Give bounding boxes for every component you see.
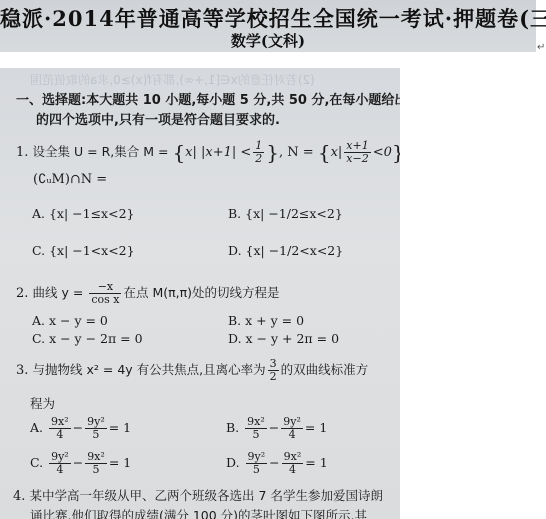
fraction: 9x²4 (49, 416, 71, 441)
option-3D: D. 9y²5−9x²4= 1 (226, 451, 328, 476)
question-stem-post: 在点 M(π,π)处的切线方程是 (123, 285, 279, 300)
exam-subtitle: 数学(文科) (0, 30, 536, 51)
option-2C: C. x − y − 2π = 0 (32, 331, 143, 346)
denominator: 2 (268, 371, 279, 383)
fraction: 9x²5 (85, 451, 107, 476)
question-stem: 设全集 U = R,集合 M = (33, 144, 173, 159)
fraction: 9x²4 (282, 451, 304, 476)
rhs: = 1 (109, 455, 131, 470)
option-label: A. (30, 420, 43, 435)
option-1A: A. {x| −1≤x<2} (32, 206, 135, 221)
denominator: 5 (85, 429, 107, 441)
bleed-through-text: (2)若对任意的x∈[1,+∞),都有f(x)≥0,求a的取值范围 (30, 71, 315, 88)
option-label: C. (30, 455, 43, 470)
section-line-1: 一、选择题:本大题共 10 小题,每小题 5 分,共 50 分,在每小题给出 (16, 91, 400, 111)
option-1D: D. {x| −1/2<x<2} (228, 243, 343, 258)
rhs: = 1 (305, 420, 327, 435)
question-3: 3. 与抛物线 x² = 4y 有公共焦点,且离心率为32的双曲线标准方 (16, 358, 368, 383)
brace-close: } (266, 141, 279, 165)
denominator: 4 (49, 429, 71, 441)
denominator: 4 (49, 464, 71, 476)
section-line-2: 的四个选项中,只有一项是符合题目要求的. (16, 111, 400, 131)
fraction: 32 (268, 358, 279, 383)
question-3-line2: 程为 (30, 394, 55, 412)
option-3A: A. 9x²4−9y²5= 1 (30, 416, 131, 441)
rhs: = 1 (109, 420, 131, 435)
fraction: 9y²4 (281, 416, 303, 441)
denominator: 5 (246, 464, 268, 476)
exam-page-photo: (2)若对任意的x∈[1,+∞),都有f(x)≥0,求a的取值范围 一、选择题:… (0, 68, 400, 519)
question-1-line2: (∁ᵤM)∩N = (33, 172, 107, 187)
set-N-label: , N = (279, 145, 318, 160)
section-instructions: 一、选择题:本大题共 10 小题,每小题 5 分,共 50 分,在每小题给出 的… (16, 91, 400, 131)
question-stem: 某中学高一年级从甲、乙两个班级各选出 7 名学生参加爱国诗朗 (30, 488, 383, 503)
denominator: 4 (281, 429, 303, 441)
denominator: cos x (89, 294, 121, 306)
exam-header: 稳派·2014年普通高等学校招生全国统一考试·押题卷(三) 数学(文科) (0, 0, 536, 52)
question-stem-pre: 与抛物线 x² = 4y 有公共焦点,且离心率为 (33, 362, 266, 377)
fraction: 9y²5 (246, 451, 268, 476)
question-stem-pre: 曲线 y = (33, 285, 88, 300)
rhs: = 1 (305, 455, 327, 470)
denominator: 4 (282, 464, 304, 476)
option-3C: C. 9y²4−9x²5= 1 (30, 451, 131, 476)
question-number: 2. (16, 286, 28, 301)
fraction: 9y²5 (85, 416, 107, 441)
option-label: B. (226, 420, 239, 435)
fraction: 9y²4 (49, 451, 71, 476)
exam-title: 稳派·2014年普通高等学校招生全国统一考试·押题卷(三) (0, 3, 536, 33)
fraction: 12 (253, 140, 264, 165)
fraction: 9x²5 (245, 416, 267, 441)
option-2B: B. x + y = 0 (228, 313, 304, 328)
paragraph-return-icon: ↵ (537, 42, 545, 53)
brace-close: } (392, 141, 400, 165)
option-1B: B. {x| −1/2≤x<2} (228, 206, 343, 221)
question-4: 4. 某中学高一年级从甲、乙两个班级各选出 7 名学生参加爱国诗朗 (13, 486, 383, 504)
question-4-line2: 诵比赛,他们取得的成绩(满分 100 分)的茎叶图如下图所示,其 (30, 506, 367, 519)
question-2: 2. 曲线 y = −xcos x在点 M(π,π)处的切线方程是 (16, 281, 280, 306)
brace-open: { (172, 141, 185, 165)
set-M: x| |x+1| <12 (185, 145, 266, 160)
set-N: x|x+1x−2<0 (331, 145, 392, 160)
option-3B: B. 9x²5−9y²4= 1 (226, 416, 327, 441)
question-number: 3. (16, 363, 28, 378)
question-1: 1. 设全集 U = R,集合 M = {x| |x+1| <12}, N = … (16, 140, 400, 165)
option-2D: D. x − y + 2π = 0 (228, 331, 339, 346)
fraction: x+1x−2 (344, 140, 370, 165)
question-number: 1. (16, 145, 28, 160)
denominator: 5 (245, 429, 267, 441)
brace-open: { (318, 141, 331, 165)
denominator: 5 (85, 464, 107, 476)
question-number: 4. (13, 489, 25, 504)
option-1C: C. {x| −1<x<2} (32, 243, 135, 258)
question-stem-post: 的双曲线标准方 (281, 362, 369, 377)
option-label: D. (226, 455, 240, 470)
fraction: −xcos x (89, 281, 121, 306)
option-2A: A. x − y = 0 (32, 313, 108, 328)
